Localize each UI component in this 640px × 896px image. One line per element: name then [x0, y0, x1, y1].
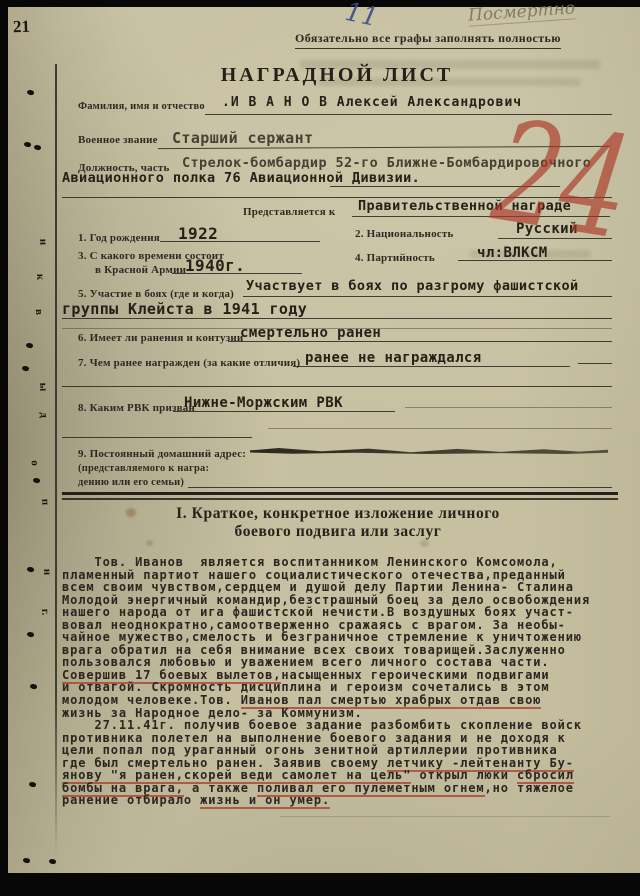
- margin-bleed-letter: к: [34, 274, 46, 281]
- scan-edge-left: [0, 0, 8, 896]
- margin-bleed-letter: в: [33, 309, 45, 315]
- margin-bleed-letter: н: [41, 569, 53, 576]
- field-battles-label: 5. Участие в боях (где и когда): [78, 288, 234, 300]
- field-battles-value-1: Участвует в боях по разгрому фашистской: [246, 278, 579, 294]
- margin-bleed-letter: д: [38, 412, 50, 418]
- rule-line: [405, 407, 612, 408]
- field-address-label-3: дению или его семьи): [78, 477, 184, 488]
- scanned-award-document: нквыдопнг. 21 11 Посмертно Обязательно в…: [0, 0, 640, 896]
- field-prior-awards-label: 7. Чем ранее награжден (за какие отличия…: [78, 357, 300, 369]
- rule-line: [173, 411, 395, 412]
- body-line: ранение отбирало жизнь и он умер.: [62, 794, 618, 807]
- fill-all-fields-note: Обязательно все графы заполнять полность…: [295, 31, 561, 49]
- rule-line: [62, 437, 252, 438]
- section-divider: [62, 492, 618, 495]
- margin-bleed-letter: ы: [37, 382, 49, 391]
- margin-bleed-letter: н: [37, 239, 49, 246]
- rule-line: [268, 428, 612, 429]
- section-heading-line-2: боевого подвига или заслуг: [62, 523, 614, 541]
- scan-edge-bottom: [0, 873, 640, 896]
- section-heading-line-1: I. Краткое, конкретное изложение личного: [62, 505, 614, 523]
- rule-line: [172, 273, 302, 274]
- field-rank-label: Военное звание: [78, 134, 158, 146]
- margin-bleed-letter: о: [29, 460, 41, 466]
- bleed-through-line: [280, 816, 610, 817]
- red-pencil-number: 24: [486, 100, 639, 259]
- field-battles-value-2: группы Клейста в 1941 году: [62, 300, 307, 318]
- section-heading: I. Краткое, конкретное изложение личного…: [62, 505, 614, 541]
- rule-line: [188, 487, 612, 488]
- body-text-segment: ранение отбирало: [62, 793, 200, 807]
- field-wounds-value: смертельно ранен: [240, 325, 381, 341]
- body-text: Тов. Иванов является воспитанником Ленин…: [62, 556, 618, 807]
- margin-bleed-letter: п: [39, 499, 51, 506]
- field-name-value: .И В А Н О В Алексей Александрович: [222, 95, 522, 110]
- rule-line: [243, 296, 612, 297]
- field-address-label-2: (представляемого к награ:: [78, 463, 209, 474]
- rule-line: [578, 363, 612, 364]
- section-divider: [62, 498, 618, 500]
- field-rvk-label: 8. Каким РВК призван: [78, 402, 195, 414]
- field-wounds-label: 6. Имеет ли ранения и контузии: [78, 332, 243, 344]
- field-party-label: 4. Партийность: [355, 252, 435, 264]
- field-address-label-1: 9. Постоянный домашний адрес:: [78, 448, 246, 460]
- rule-line: [293, 366, 570, 367]
- field-presented-label: Представляется к: [243, 206, 335, 218]
- field-nationality-label: 2. Национальность: [355, 228, 454, 240]
- field-prior-awards-value: ранее не награждался: [305, 350, 482, 366]
- field-service-since-label-2: в Красной Армии: [95, 264, 186, 276]
- rule-line: [62, 318, 612, 319]
- red-underlined-text: жизнь и он умер.: [200, 793, 330, 807]
- page-number: 21: [13, 17, 31, 38]
- rule-line: [160, 241, 320, 242]
- document-title: НАГРАДНОЙ ЛИСТ: [62, 64, 612, 87]
- field-rvk-value: Нижне-Моржским РВК: [184, 395, 343, 411]
- rule-line: [62, 386, 612, 387]
- field-name-label: Фамилия, имя и отчество: [78, 101, 205, 112]
- margin-fold-line: [55, 64, 57, 856]
- rule-line: [228, 341, 612, 342]
- field-position-value-2: Авиационного полка 76 Авиационной Дивизи…: [62, 170, 420, 186]
- field-rank-value: Старший сержант: [172, 129, 313, 147]
- body-text-segment: ,но тяжелое: [485, 781, 574, 795]
- margin-bleed-letter: г.: [39, 609, 51, 616]
- field-birth-year-label: 1. Год рождения: [78, 232, 160, 244]
- stain: [420, 540, 429, 547]
